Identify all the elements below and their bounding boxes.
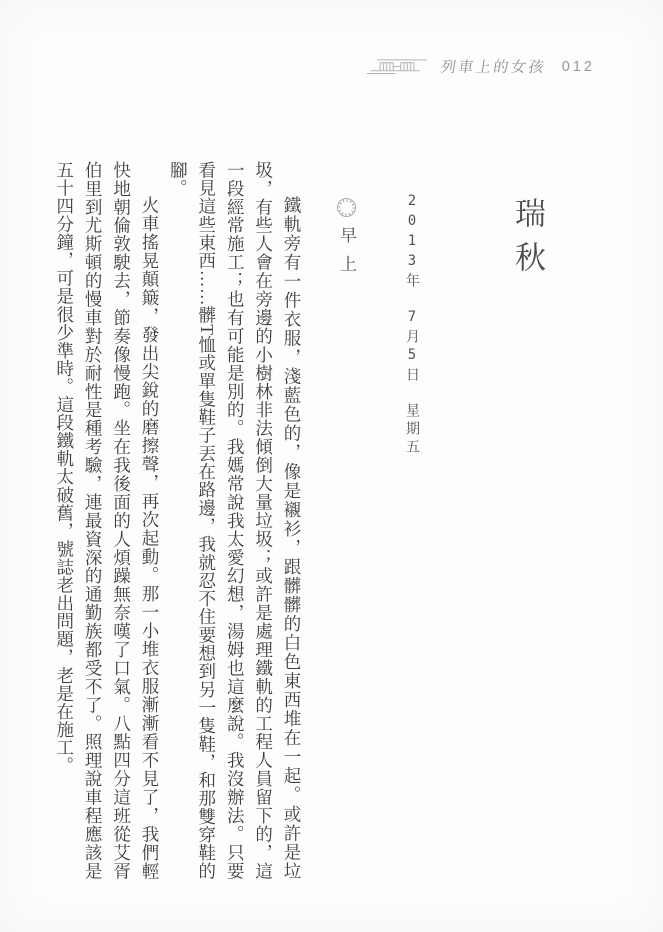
paragraph: 鐵軌旁有一件衣服，淺藍色的，像是襯衫，跟髒髒的白色東西堆在一起。或許是垃圾，有些…: [164, 161, 306, 880]
running-header: 列車上的女孩 012: [365, 56, 595, 77]
page-number: 012: [562, 59, 595, 75]
date-line: 2013年 7月5日 星期五: [402, 193, 422, 457]
body-text: 鐵軌旁有一件衣服，淺藍色的，像是襯衫，跟髒髒的白色東西堆在一起。或許是垃圾，有些…: [79, 161, 306, 880]
book-title: 列車上的女孩: [439, 56, 547, 77]
book-page: 列車上的女孩 012 瑞秋 2013年 7月5日 星期五 早上 鐵軌旁有一件衣服…: [0, 0, 663, 932]
paragraph: 火車搖晃顛簸，發出尖銳的磨擦聲，再次起動。那一小堆衣服漸漸看不見了，我們輕快地朝…: [50, 161, 164, 880]
clock-icon: [336, 197, 357, 218]
time-label: 早上: [337, 226, 356, 284]
chapter-title: 瑞秋: [505, 197, 550, 285]
train-icon: [365, 56, 429, 77]
time-marker: 早上: [334, 197, 359, 284]
